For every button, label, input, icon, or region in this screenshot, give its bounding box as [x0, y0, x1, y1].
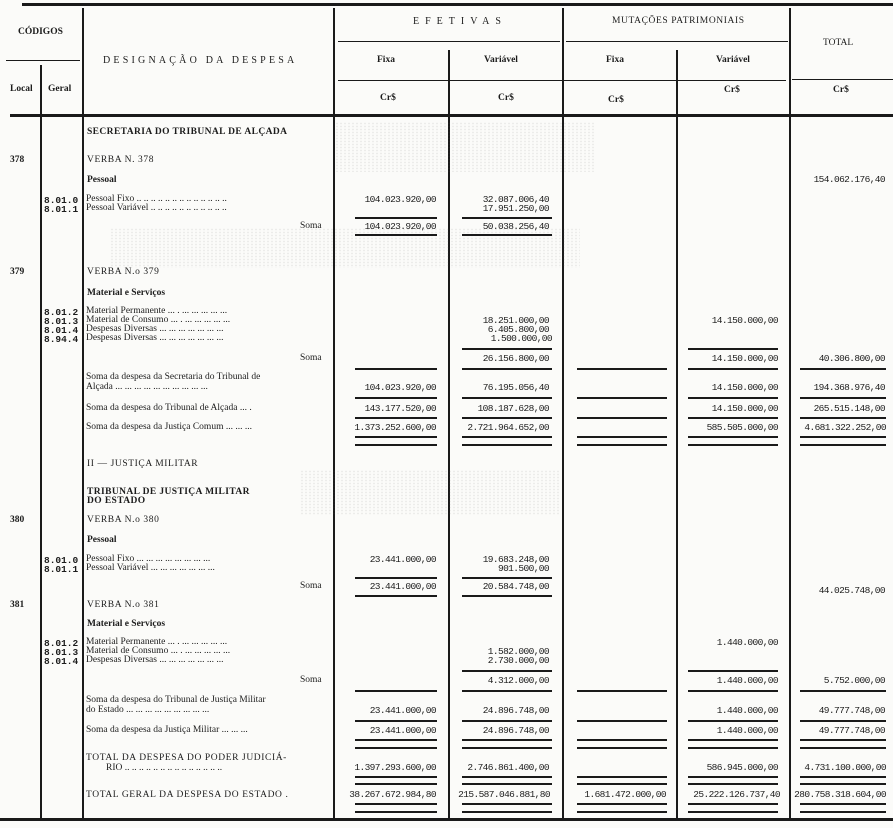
- double-rule: [355, 811, 437, 813]
- double-rule: [355, 776, 437, 778]
- sum-rule: [355, 595, 437, 597]
- soma-ef-var: 4.312.000,00: [455, 676, 549, 686]
- total-poder-judiciario-label-2: RIO .. .. .. .. .. .. .. .. .. .. .. .. …: [106, 764, 222, 774]
- mut-var-value: 14.150.000,00: [684, 404, 778, 414]
- double-rule: [688, 776, 778, 778]
- ef-fixa-value: 104.023.920,00: [340, 195, 436, 205]
- double-rule: [355, 739, 437, 741]
- total-value: 194.368.976,40: [793, 383, 885, 393]
- header-bottom-border: [10, 114, 893, 117]
- ef-fixa-value: 23.441.000,00: [340, 706, 436, 716]
- sum-rule: [800, 690, 886, 692]
- sum-rule: [462, 720, 552, 722]
- col-divider-local: [40, 65, 42, 818]
- codigos-underline: [6, 60, 80, 61]
- soma-label: Soma: [300, 582, 322, 592]
- sum-rule: [462, 217, 552, 219]
- soma-total: 40.306.800,00: [793, 354, 885, 364]
- double-rule: [688, 803, 778, 805]
- double-rule: [800, 444, 886, 446]
- soma-label: Soma: [300, 676, 322, 686]
- mut-var-value: 585.505.000,00: [684, 423, 778, 433]
- soma-ef-fixa: 23.441.000,00: [340, 582, 436, 592]
- col-divider-mut-fixa: [676, 50, 678, 818]
- header-mut-variavel: Variável: [716, 55, 750, 65]
- total-value: 4.731.100.000,00: [790, 763, 886, 773]
- sum-rule: [800, 417, 886, 419]
- soma-ef-var: 26.156.800,00: [455, 354, 549, 364]
- unit-mut-variavel: Cr$: [724, 85, 740, 95]
- sum-rule: [688, 348, 778, 350]
- double-rule: [462, 444, 552, 446]
- soma-mut-var: 14.150.000,00: [684, 354, 778, 364]
- sum-rule: [355, 217, 437, 219]
- double-rule: [800, 783, 886, 785]
- unit-ef-variavel: Cr$: [498, 93, 514, 103]
- total-value: 280.758.318.604,00: [790, 790, 886, 800]
- soma-justica-militar-label: Soma da despesa da Justiça Militar ... .…: [86, 726, 248, 736]
- ef-fixa-value: 143.177.520,00: [340, 404, 436, 414]
- header-mut-fixa: Fixa: [606, 55, 624, 65]
- sum-rule: [462, 577, 552, 579]
- double-rule: [800, 436, 886, 438]
- double-rule: [577, 776, 667, 778]
- double-rule: [577, 739, 667, 741]
- scan-noise: [300, 470, 560, 515]
- local-code-380: 380: [10, 515, 24, 525]
- total-underline: [792, 79, 893, 80]
- top-border: [22, 3, 893, 6]
- total-verba-380: 44.025.748,00: [793, 586, 885, 596]
- efetivas-underline: [338, 41, 560, 42]
- ef-var-value: 2.721.964.652,00: [452, 423, 549, 433]
- ef-fixa-value: 104.023.920,00: [340, 383, 436, 393]
- verba-379-label: VERBA N.o 379: [87, 267, 159, 277]
- double-rule: [462, 803, 552, 805]
- double-rule: [355, 436, 437, 438]
- bottom-border: [0, 818, 893, 821]
- sum-rule: [355, 368, 437, 370]
- mut-var-value: 25.222.126.737,40: [680, 790, 780, 800]
- sum-rule: [577, 368, 667, 370]
- tribunal-militar-title-2: DO ESTADO: [87, 496, 146, 506]
- ef-var-value: 2.746.861.400,00: [452, 763, 549, 773]
- item-desc: Pessoal Variável ... ... ... ... ... ...…: [86, 564, 215, 574]
- double-rule: [577, 747, 667, 749]
- ef-fixa-value: 23.441.000,00: [340, 726, 436, 736]
- total-value: 4.681.322.252,00: [790, 423, 886, 433]
- soma-justica-comum-label: Soma da despesa da Justiça Comum ... ...…: [86, 423, 252, 433]
- sum-rule: [355, 690, 437, 692]
- mut-var-value: 1.440.000,00: [684, 706, 778, 716]
- header-local: Local: [10, 84, 33, 94]
- header-codigos: CÓDIGOS: [18, 27, 63, 37]
- sum-rule: [355, 397, 437, 399]
- item-desc: Pessoal Variável .. .. .. .. .. .. .. ..…: [86, 204, 227, 214]
- geral-code: 8.01.1: [44, 564, 78, 575]
- sum-rule: [462, 417, 552, 419]
- double-rule: [355, 803, 437, 805]
- local-code-381: 381: [10, 600, 24, 610]
- soma-tribunal-militar-label-2: do Estado ... ... ... ... ... ... ... ..…: [86, 706, 209, 716]
- total-value: 265.515.148,00: [793, 404, 885, 414]
- sum-rule: [688, 397, 778, 399]
- mut-var-value: 14.150.000,00: [684, 316, 778, 326]
- ef-var-value: 108.187.628,00: [455, 404, 549, 414]
- local-code-379: 379: [10, 267, 24, 277]
- sum-rule: [462, 348, 552, 350]
- header-mutacoes: MUTAÇÕES PATRIMONIAIS: [612, 16, 745, 26]
- mutacoes-underline: [566, 41, 788, 42]
- ef-fixa-value: 23.441.000,00: [340, 555, 436, 565]
- double-rule: [577, 436, 667, 438]
- soma-ef-var: 20.584.748,00: [455, 582, 549, 592]
- ef-fixa-value: 1.397.293.600,00: [336, 763, 436, 773]
- sum-rule: [577, 397, 667, 399]
- group-pessoal-378: Pessoal: [87, 175, 117, 185]
- geral-code: 8.01.1: [44, 204, 78, 215]
- header-ef-fixa: Fixa: [377, 55, 395, 65]
- unit-ef-fixa: Cr$: [380, 93, 396, 103]
- sum-rule: [355, 577, 437, 579]
- sum-rule: [688, 670, 778, 672]
- total-value: 49.777.748,00: [793, 706, 885, 716]
- total-poder-judiciario-label-1: TOTAL DA DESPESA DO PODER JUDICIÁ-: [86, 753, 287, 763]
- soma-ef-var: 50.038.256,40: [455, 222, 549, 232]
- item-desc: Despesas Diversas ... ... ... ... ... ..…: [86, 656, 223, 666]
- double-rule: [577, 803, 667, 805]
- double-rule: [355, 747, 437, 749]
- sum-rule: [462, 368, 552, 370]
- double-rule: [688, 436, 778, 438]
- group-material-381: Material e Serviços: [87, 619, 165, 629]
- soma-secretaria-label-2: Alçada ... ... ... ... ... ... ... ... .…: [86, 383, 208, 393]
- sum-rule: [355, 720, 437, 722]
- double-rule: [800, 747, 886, 749]
- double-rule: [462, 436, 552, 438]
- double-rule: [577, 783, 667, 785]
- col-divider-mutacoes: [789, 8, 791, 818]
- mut-var-value: 586.945.000,00: [684, 763, 778, 773]
- budget-table-page: CÓDIGOS Local Geral DESIGNAÇÃO DA DESPES…: [0, 0, 893, 828]
- sum-rule: [462, 595, 552, 597]
- ef-var-value: 76.195.056,40: [455, 383, 549, 393]
- soma-label: Soma: [300, 222, 322, 232]
- section-title-secretaria: SECRETARIA DO TRIBUNAL DE ALÇADA: [87, 127, 287, 137]
- double-rule: [688, 811, 778, 813]
- unit-mut-fixa: Cr$: [608, 95, 624, 105]
- soma-mut-var: 1.440.000,00: [684, 676, 778, 686]
- header-geral: Geral: [48, 84, 71, 94]
- sum-rule: [688, 690, 778, 692]
- ef-var-value: 215.587.046.881,80: [450, 790, 550, 800]
- sum-rule: [355, 417, 437, 419]
- local-code-378: 378: [10, 155, 24, 165]
- geral-code: 8.01.4: [44, 656, 78, 667]
- sum-rule: [800, 720, 886, 722]
- soma-tribunal-label: Soma da despesa do Tribunal de Alçada ..…: [86, 404, 252, 414]
- double-rule: [688, 783, 778, 785]
- double-rule: [800, 739, 886, 741]
- total-value: 49.777.748,00: [793, 726, 885, 736]
- sum-rule: [462, 670, 552, 672]
- sum-rule: [688, 368, 778, 370]
- geral-code: 8.94.4: [44, 334, 78, 345]
- col-divider-geral: [82, 8, 84, 818]
- ef-var-value: 17.951.250,00: [455, 204, 549, 214]
- double-rule: [688, 739, 778, 741]
- sum-rule: [577, 720, 667, 722]
- group-material-379: Material e Serviços: [87, 288, 165, 298]
- header-designacao: DESIGNAÇÃO DA DESPESA: [103, 55, 297, 66]
- ef-fixa-value: 38.267.672.984,80: [336, 790, 436, 800]
- sum-rule: [800, 368, 886, 370]
- ef-var-value: 901.500,00: [455, 564, 549, 574]
- total-verba-378: 154.062.176,40: [814, 175, 885, 185]
- group-pessoal-380: Pessoal: [87, 535, 117, 545]
- sum-rule: [688, 417, 778, 419]
- soma-label: Soma: [300, 354, 322, 364]
- sum-rule: [462, 397, 552, 399]
- sum-rule: [462, 690, 552, 692]
- double-rule: [355, 783, 437, 785]
- verba-380-label: VERBA N.o 380: [87, 515, 159, 525]
- sum-rule: [355, 234, 437, 236]
- header-ef-variavel: Variável: [484, 55, 518, 65]
- mut-var-value: 14.150.000,00: [684, 383, 778, 393]
- double-rule: [688, 444, 778, 446]
- double-rule: [462, 747, 552, 749]
- double-rule: [462, 811, 552, 813]
- unit-total: Cr$: [833, 85, 849, 95]
- double-rule: [355, 444, 437, 446]
- mut-var-value: 1.440.000,00: [684, 638, 778, 648]
- soma-total: 5.752.000,00: [793, 676, 885, 686]
- double-rule: [577, 444, 667, 446]
- ef-var-value: 24.896.748,00: [455, 726, 549, 736]
- double-rule: [462, 776, 552, 778]
- sum-rule: [577, 690, 667, 692]
- soma-ef-fixa: 104.023.920,00: [340, 222, 436, 232]
- sum-rule: [688, 720, 778, 722]
- double-rule: [462, 783, 552, 785]
- double-rule: [800, 776, 886, 778]
- sum-rule: [462, 234, 552, 236]
- sum-rule: [800, 397, 886, 399]
- total-geral-estado-label: TOTAL GERAL DA DESPESA DO ESTADO .: [86, 790, 288, 800]
- scan-noise: [335, 122, 595, 172]
- ef-var-value: 1.500.000,00: [455, 334, 552, 344]
- mut-var-value: 1.440.000,00: [684, 726, 778, 736]
- verba-381-label: VERBA N.o 381: [87, 600, 159, 610]
- header-efetivas: EFETIVAS: [413, 16, 507, 27]
- subheader-underline-left: [338, 80, 786, 81]
- ef-fixa-value: 1.373.252.600,00: [336, 423, 436, 433]
- double-rule: [688, 747, 778, 749]
- item-desc: Despesas Diversas ... ... ... ... ... ..…: [86, 334, 223, 344]
- section-heading-justica-militar: II — JUSTIÇA MILITAR: [87, 459, 198, 469]
- double-rule: [462, 739, 552, 741]
- ef-var-value: 24.896.748,00: [455, 706, 549, 716]
- double-rule: [577, 811, 667, 813]
- double-rule: [800, 811, 886, 813]
- verba-378-label: VERBA N. 378: [87, 155, 154, 165]
- sum-rule: [577, 417, 667, 419]
- ef-var-value: 2.730.000,00: [455, 656, 549, 666]
- double-rule: [800, 803, 886, 805]
- header-total: TOTAL: [823, 38, 853, 48]
- mut-fixa-value: 1.681.472.000,00: [566, 790, 666, 800]
